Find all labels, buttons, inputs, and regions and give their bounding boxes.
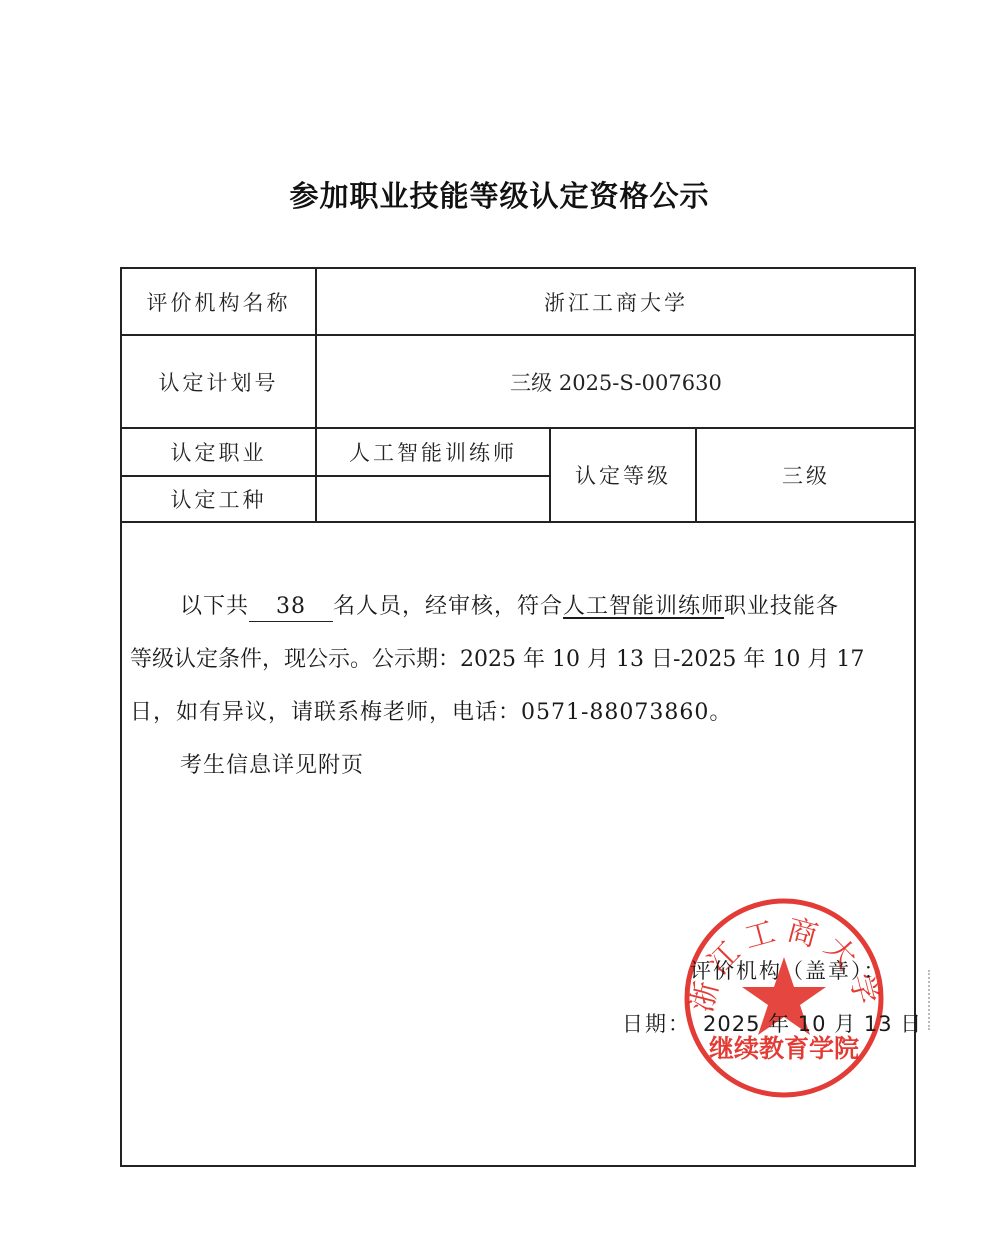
notice-paragraph: 以下共38名人员，经审核，符合人工智能训练师职业技能各 等级认定条件，现公示。公… [130, 580, 910, 792]
notice-line-1: 以下共38名人员，经审核，符合人工智能训练师职业技能各 [130, 580, 910, 633]
scan-edge-mark [928, 970, 933, 1030]
stamp-label: 评价机构（盖章）： [690, 955, 887, 985]
notice-line-2: 等级认定条件，现公示。公示期：2025 年 10 月 13 日-2025 年 1… [130, 633, 910, 686]
svg-text:继续教育学院: 继续教育学院 [709, 1034, 859, 1063]
notice-suffix: 职业技能各 [724, 594, 839, 619]
date-value: 2025 年 10 月 13 日 [703, 1008, 922, 1038]
notice-prefix: 以下共 [180, 594, 249, 619]
candidate-count: 38 [249, 593, 333, 622]
work-type-value [317, 477, 549, 521]
org-label: 评价机构名称 [122, 269, 315, 334]
document-title: 参加职业技能等级认定资格公示 [0, 174, 999, 215]
occupation-value: 人工智能训练师 [317, 429, 549, 475]
plan-value: 三级 2025-S-007630 [317, 336, 915, 427]
org-value: 浙江工商大学 [317, 269, 915, 334]
notice-occupation: 人工智能训练师 [563, 594, 724, 619]
notice-line-3: 日，如有异议，请联系梅老师，电话：0571-88073860。 [130, 686, 910, 739]
notice-line-4: 考生信息详见附页 [130, 739, 910, 792]
official-seal-icon: 浙江工商大学 继续教育学院 [681, 895, 887, 1101]
notice-mid: 名人员，经审核，符合 [333, 594, 563, 619]
occupation-label: 认定职业 [122, 429, 315, 475]
work-type-label: 认定工种 [122, 477, 315, 521]
plan-label: 认定计划号 [122, 336, 315, 427]
level-value: 三级 [697, 429, 915, 521]
level-label: 认定等级 [551, 429, 695, 521]
date-label: 日期： [622, 1008, 691, 1038]
row-divider [120, 521, 916, 523]
